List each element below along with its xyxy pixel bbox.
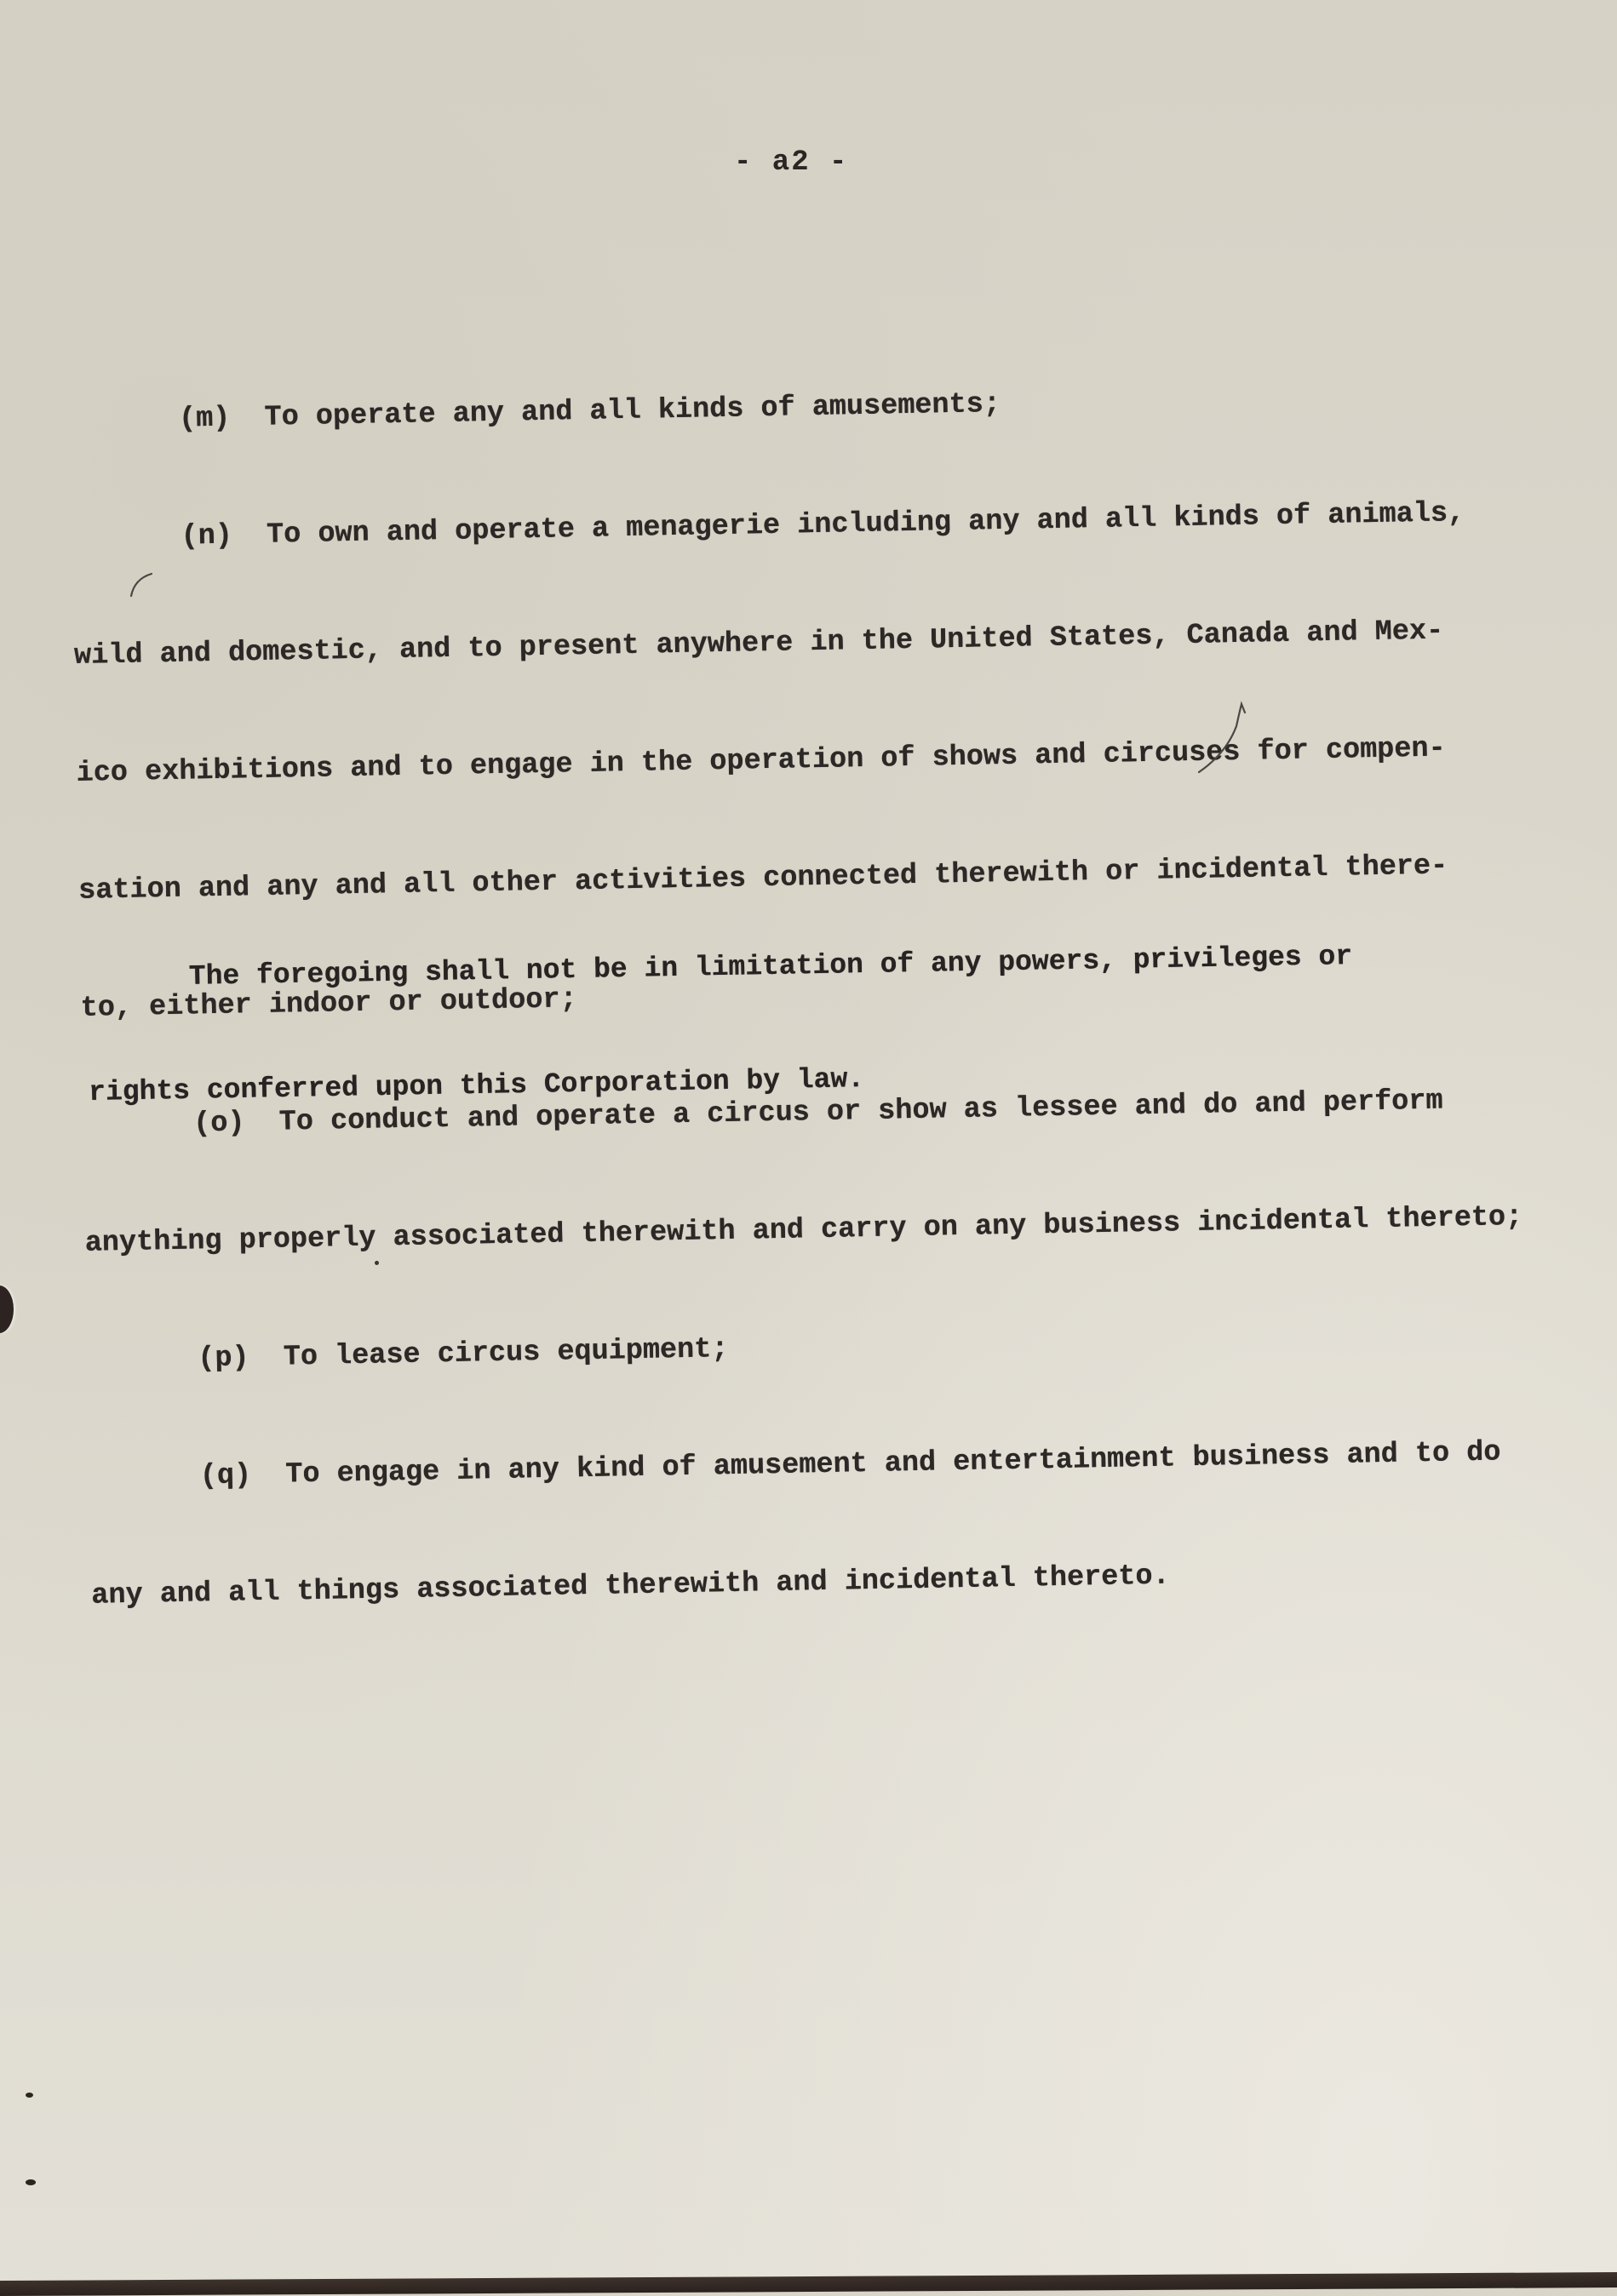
- binder-hole: [0, 1285, 14, 1333]
- clause-q-line-1: (q) To engage in any kind of amusement a…: [89, 1432, 1588, 1498]
- clause-q-line-2: any and all things associated therewith …: [91, 1549, 1591, 1616]
- clause-text: To engage in any kind of amusement and e…: [285, 1436, 1501, 1491]
- pencil-caret-mark-icon: [1192, 694, 1269, 779]
- clause-p-line-1: (p) To lease circus equipment;: [87, 1314, 1586, 1381]
- clause-n-line-1: (n) To own and operate a menagerie inclu…: [72, 492, 1571, 558]
- clause-label: (n): [181, 520, 232, 553]
- page-number: - a2 -: [734, 146, 848, 179]
- pencil-check-mark-icon: [126, 567, 160, 601]
- ink-speck: [375, 1261, 379, 1265]
- clause-label: (m): [179, 403, 231, 436]
- clause-n-line-3: ico exhibitions and to engage in the ope…: [76, 727, 1575, 793]
- staple-hole: [26, 2179, 36, 2185]
- clause-n-line-2: wild and domestic, and to present anywhe…: [74, 610, 1574, 676]
- paper-page: - a2 - (m) To operate any and all kinds …: [0, 0, 1617, 2282]
- closing-line-1: The foregoing shall not be in limitation…: [87, 934, 1586, 999]
- staple-hole: [26, 2093, 33, 2098]
- clause-o-line-2: anything properly associated therewith a…: [84, 1197, 1584, 1263]
- closing-line-2: rights conferred upon this Corporation b…: [89, 1048, 1588, 1114]
- clause-label: (q): [199, 1459, 251, 1492]
- clause-label: (p): [198, 1342, 249, 1375]
- clause-text: To lease circus equipment;: [283, 1333, 728, 1374]
- closing-paragraph: The foregoing shall not be in limitation…: [85, 859, 1589, 1188]
- clause-text: To own and operate a menagerie including…: [267, 497, 1465, 552]
- clause-text: To operate any and all kinds of amusemen…: [264, 388, 1001, 434]
- clause-m-line-1: (m) To operate any and all kinds of amus…: [70, 375, 1569, 441]
